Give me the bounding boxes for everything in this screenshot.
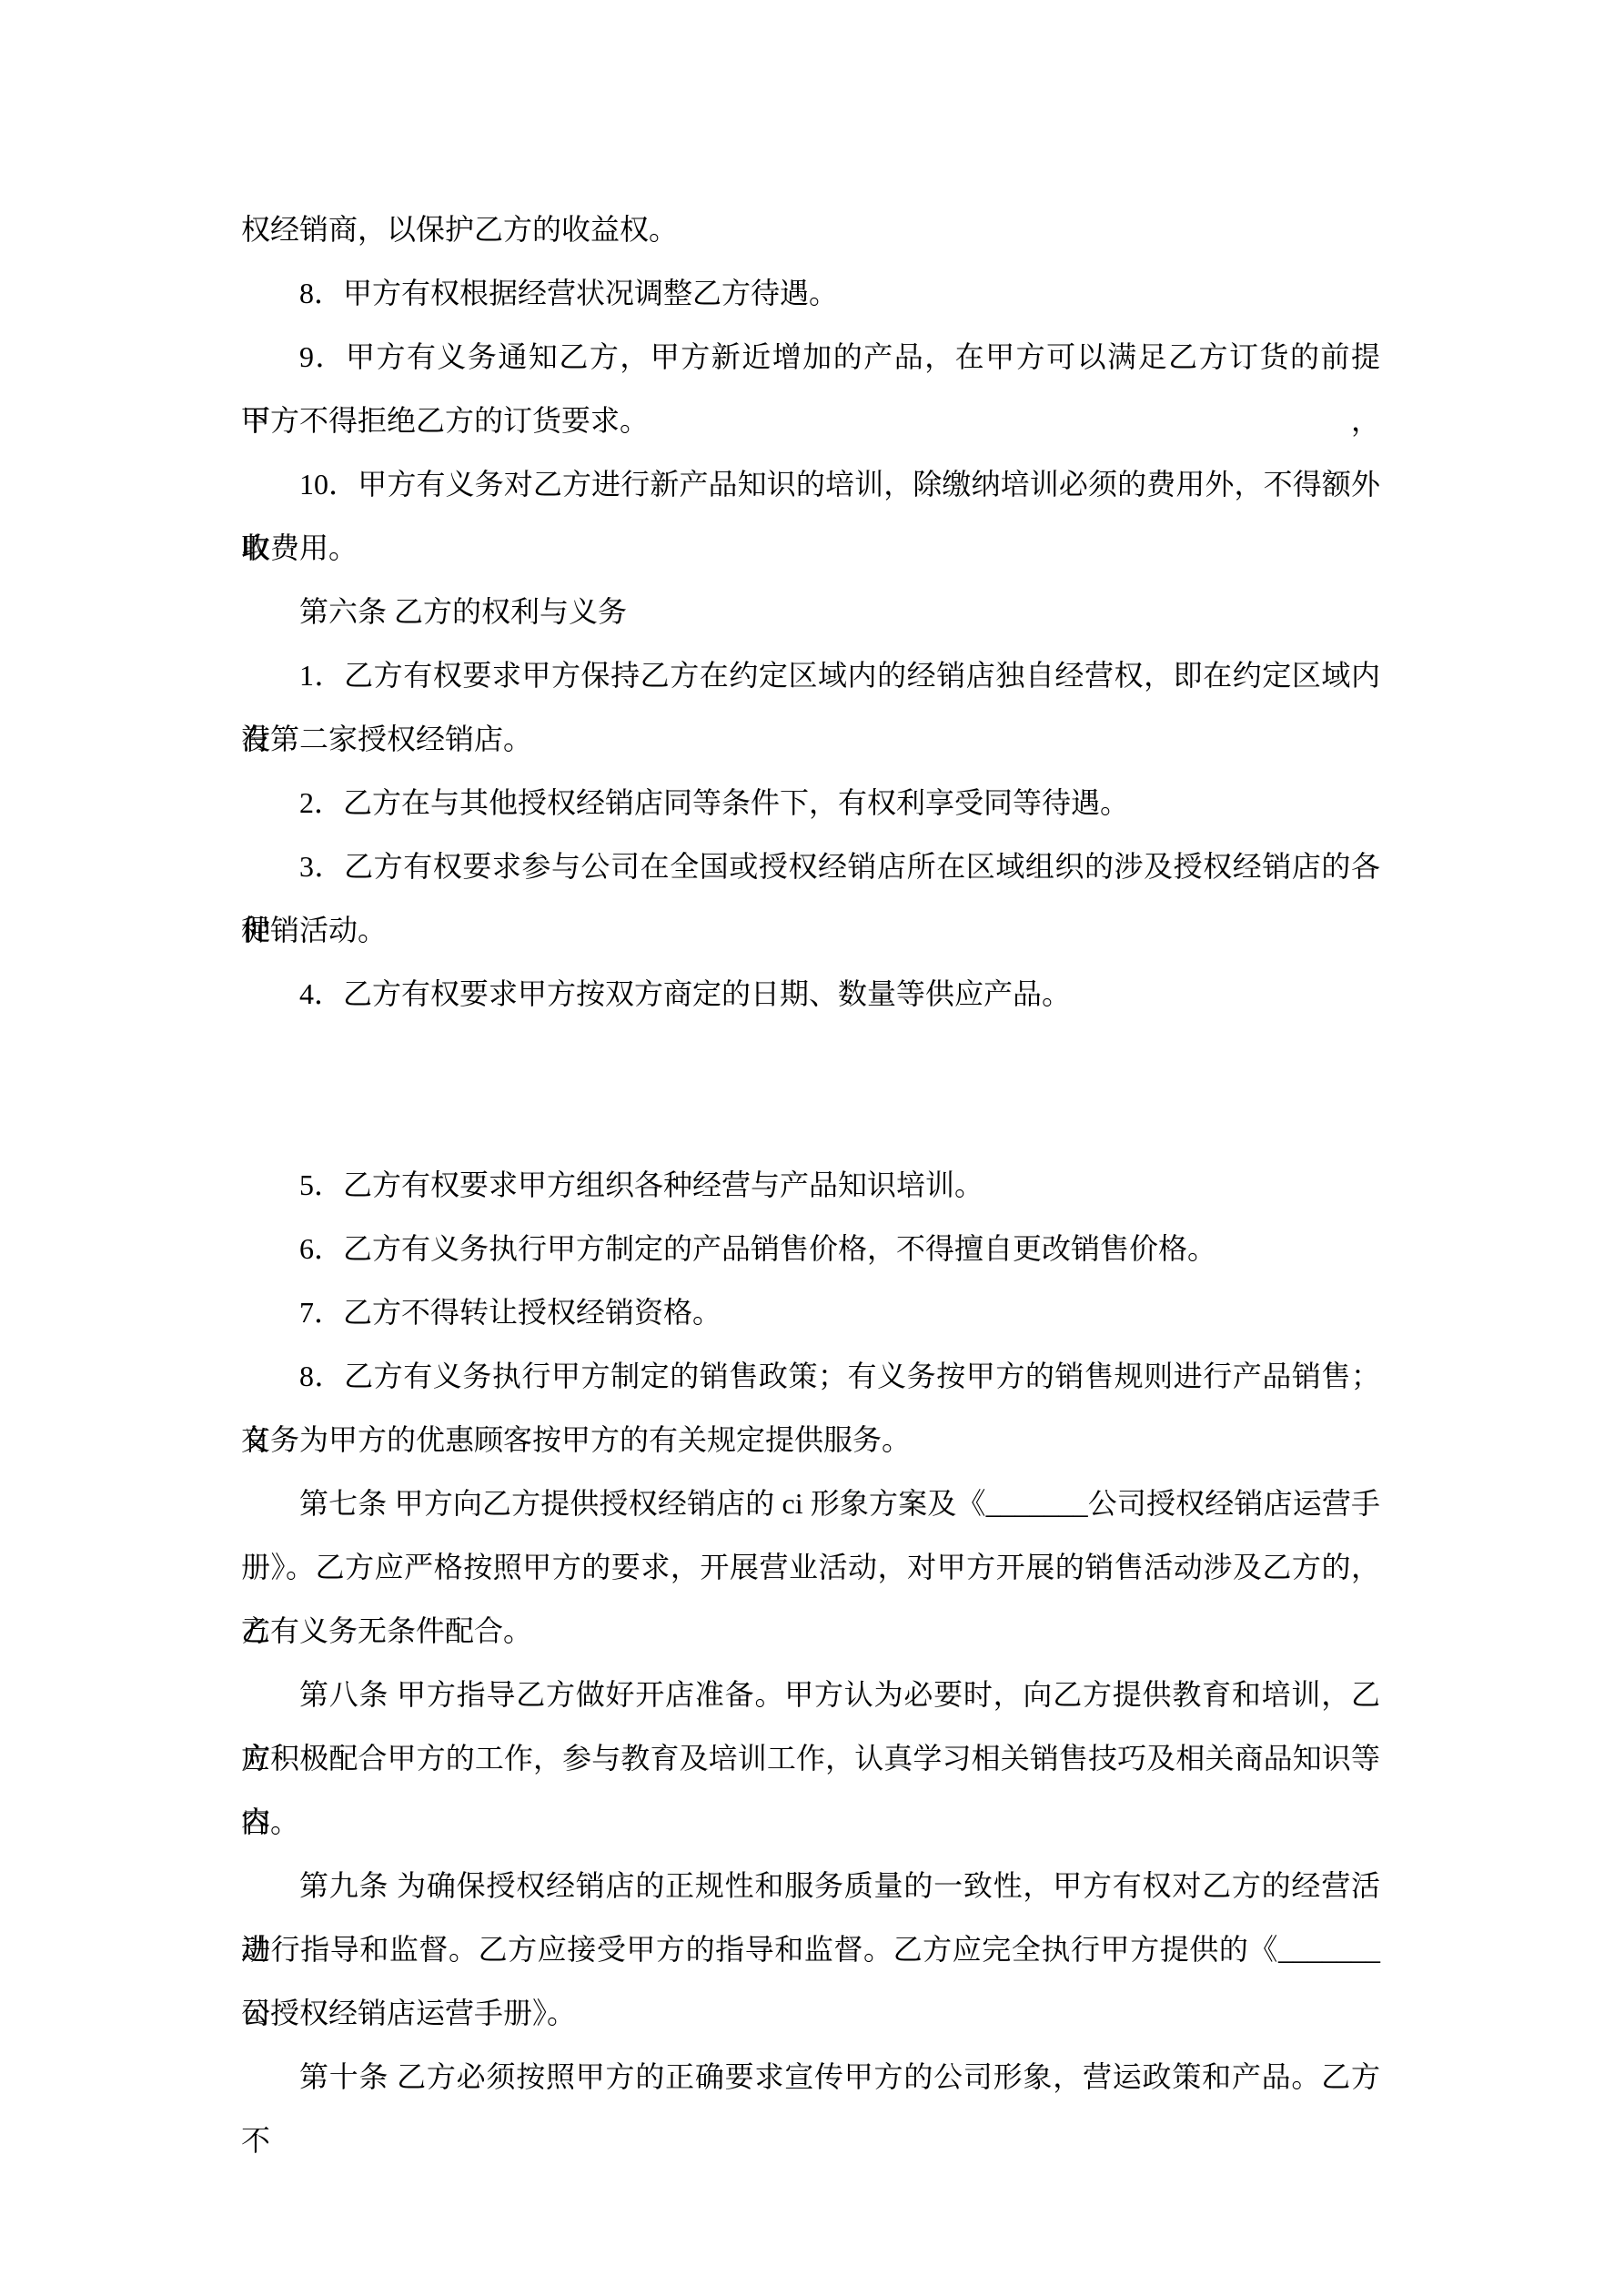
- contract-text-block: 权经销商，以保护乙方的收益权。 8．甲方有权根据经营状况调整乙方待遇。 9．甲方…: [241, 197, 1380, 2109]
- document-page: 权经销商，以保护乙方的收益权。 8．甲方有权根据经营状况调整乙方待遇。 9．甲方…: [0, 0, 1624, 2296]
- text-line: 第十条 乙方必须按照甲方的正确要求宣传甲方的公司形象，营运政策和产品。乙方不: [241, 2045, 1380, 2109]
- text-line: 第八条 甲方指导乙方做好开店准备。甲方认为必要时，向乙方提供教育和培训，乙方: [241, 1663, 1380, 1726]
- text-line: 义务为甲方的优惠顾客按甲方的有关规定提供服务。: [241, 1408, 1380, 1472]
- text-line: 1．乙方有权要求甲方保持乙方在约定区域内的经销店独自经营权，即在约定区域内没: [241, 643, 1380, 707]
- text-line: 方有义务无条件配合。: [241, 1599, 1380, 1663]
- text-line: 10．甲方有义务对乙方进行新产品知识的培训，除缴纳培训必须的费用外，不得额外收: [241, 452, 1380, 516]
- text-line-with-blank: 第七条 甲方向乙方提供授权经销店的 ci 形象方案及《_______公司授权经销…: [241, 1472, 1380, 1535]
- text-line: 第九条 为确保授权经销店的正规性和服务质量的一致性，甲方有权对乙方的经营活动: [241, 1854, 1380, 1917]
- text-line: 4．乙方有权要求甲方按双方商定的日期、数量等供应产品。: [241, 962, 1380, 1026]
- text-line: 2．乙方在与其他授权经销店同等条件下，有权利享受同等待遇。: [241, 771, 1380, 834]
- text-line: 有第二家授权经销店。: [241, 707, 1380, 771]
- text-line: 促销活动。: [241, 898, 1380, 962]
- text-line: 8．乙方有义务执行甲方制定的销售政策；有义务按甲方的销售规则进行产品销售；有: [241, 1344, 1380, 1408]
- text-line: 3．乙方有权要求参与公司在全国或授权经销店所在区域组织的涉及授权经销店的各种: [241, 834, 1380, 898]
- text-line-with-blank: 进行指导和监督。乙方应接受甲方的指导和监督。乙方应完全执行甲方提供的《_____…: [241, 1917, 1380, 1981]
- text-line: 8．甲方有权根据经营状况调整乙方待遇。: [241, 261, 1380, 325]
- text-line: 权经销商，以保护乙方的收益权。: [241, 197, 1380, 261]
- text-line: 7．乙方不得转让授权经销资格。: [241, 1280, 1380, 1344]
- text-line: 9．甲方有义务通知乙方，甲方新近增加的产品，在甲方可以满足乙方订货的前提下，: [241, 325, 1380, 389]
- section-heading-line: 第六条 乙方的权利与义务: [241, 580, 1380, 643]
- text-line: 取费用。: [241, 516, 1380, 580]
- text-line: 册》。乙方应严格按照甲方的要求，开展营业活动，对甲方开展的销售活动涉及乙方的，乙: [241, 1535, 1380, 1599]
- text-line: 容。: [241, 1790, 1380, 1854]
- text-line: 5．乙方有权要求甲方组织各种经营与产品知识培训。: [241, 1153, 1380, 1217]
- text-line: 司授权经销店运营手册》。: [241, 1981, 1380, 2045]
- text-line: 应积极配合甲方的工作，参与教育及培训工作，认真学习相关销售技巧及相关商品知识等内: [241, 1726, 1380, 1790]
- text-line: 6．乙方有义务执行甲方制定的产品销售价格，不得擅自更改销售价格。: [241, 1217, 1380, 1280]
